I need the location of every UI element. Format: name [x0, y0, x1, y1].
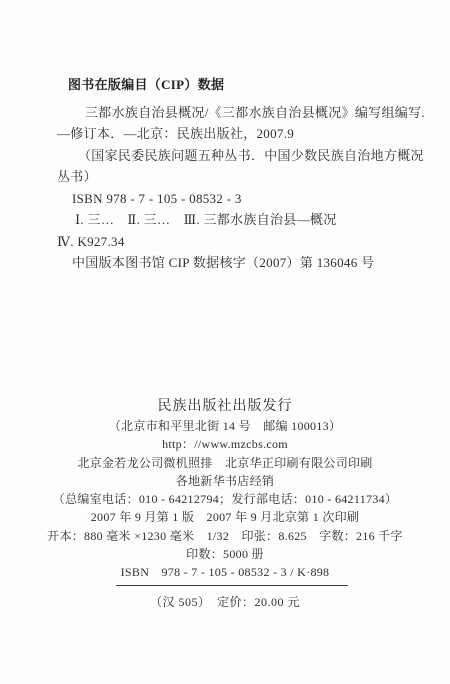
print-run-line: 印数：5000 册 — [0, 545, 450, 563]
publisher-address-line: （北京市和平里北街 14 号 邮编 100013） — [0, 417, 450, 435]
website-line: http：//www.mzcbs.com — [0, 435, 450, 453]
cip-series-line-2: 丛书） — [57, 166, 414, 188]
cip-record-number-line: 中国版本图书馆 CIP 数据核字（2007）第 136046 号 — [57, 252, 414, 274]
publisher-line: 民族出版社出版发行 — [0, 396, 450, 417]
distributor-line: 各地新华书店经销 — [0, 472, 450, 490]
price-line: （汉 505） 定价：20.00 元 — [0, 593, 450, 611]
colophon-block: 民族出版社出版发行 （北京市和平里北街 14 号 邮编 100013） http… — [0, 396, 450, 611]
divider-rule — [116, 585, 348, 586]
edition-line: 2007 年 9 月第 1 版 2007 年 9 月北京第 1 次印刷 — [0, 508, 450, 526]
cip-block: 图书在版编目（CIP）数据 三都水族自治县概况/《三都水族自治县概况》编写组编写… — [57, 74, 414, 274]
book-copyright-page: 图书在版编目（CIP）数据 三都水族自治县概况/《三都水族自治县概况》编写组编写… — [0, 0, 450, 684]
format-line: 开本：880 毫米 ×1230 毫米 1/32 印张：8.625 字数：216 … — [0, 527, 450, 545]
printer-line: 北京金若龙公司微机照排 北京华正印刷有限公司印刷 — [0, 454, 450, 472]
cip-class-number-line: Ⅳ. K927.34 — [57, 231, 414, 253]
cip-heading: 图书在版编目（CIP）数据 — [57, 74, 414, 96]
cip-tracing-line: Ⅰ. 三… Ⅱ. 三… Ⅲ. 三都水族自治县—概况 — [57, 209, 414, 231]
cip-title-statement-line-1: 三都水族自治县概况/《三都水族自治县概况》编写组编写. — [57, 102, 414, 124]
phone-numbers-line: （总编室电话：010 - 64212794；发行部电话：010 - 642117… — [0, 490, 450, 508]
isbn-line: ISBN 978 - 7 - 105 - 08532 - 3 / K·898 — [0, 563, 450, 581]
cip-series-line-1: （国家民委民族问题五种丛书．中国少数民族自治地方概况 — [57, 145, 414, 167]
cip-title-statement-line-2: —修订本．—北京：民族出版社，2007.9 — [57, 123, 414, 145]
cip-isbn-line: ISBN 978 - 7 - 105 - 08532 - 3 — [57, 188, 414, 210]
